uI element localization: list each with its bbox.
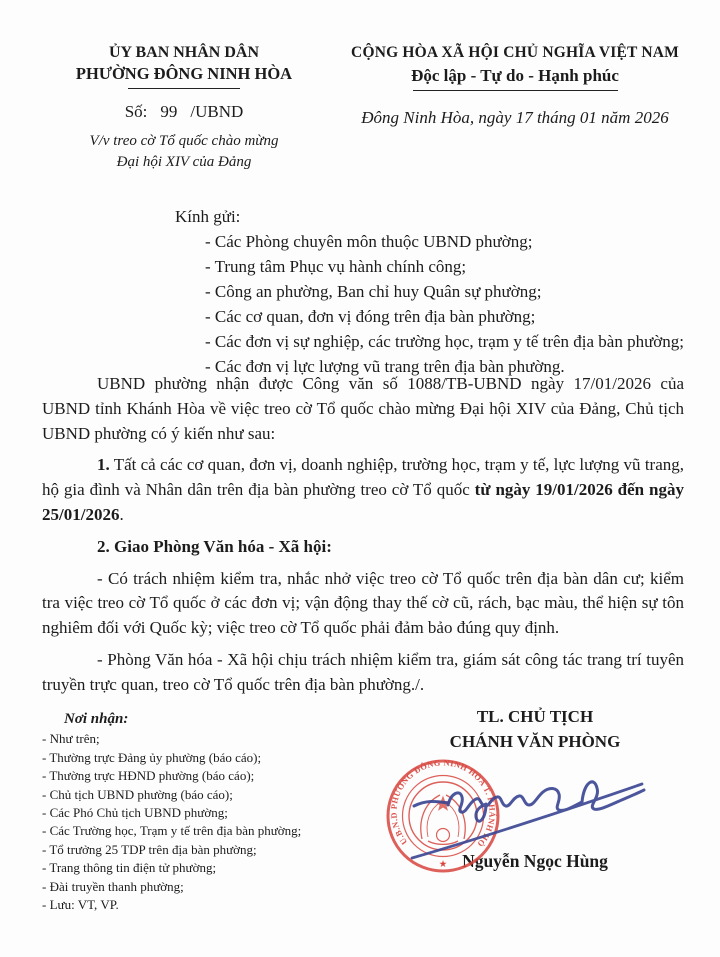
cc-item: - Thường trực HĐND phường (báo cáo);	[42, 767, 372, 785]
recipient-item: - Các Phòng chuyên môn thuộc UBND phường…	[205, 229, 684, 254]
issuer-name-line2: PHƯỜNG ĐÔNG NINH HÒA	[28, 63, 340, 85]
place-date-line: Đông Ninh Hòa, ngày 17 tháng 01 năm 2026	[330, 108, 700, 128]
motto-line: Độc lập - Tự do - Hạnh phúc	[330, 64, 700, 87]
document-number-suffix: /UBND	[190, 102, 243, 121]
cc-item: - Như trên;	[42, 730, 372, 748]
cc-item: - Đài truyền thanh phường;	[42, 878, 372, 896]
document-number-label: Số:	[125, 102, 148, 121]
recipient-item: - Trung tâm Phục vụ hành chính công;	[205, 254, 684, 279]
cc-item: - Chủ tịch UBND phường (báo cáo);	[42, 786, 372, 804]
issuer-name-line1: ỦY BAN NHÂN DÂN	[28, 42, 340, 63]
national-header-block: CỘNG HÒA XÃ HỘI CHỦ NGHĨA VIỆT NAM Độc l…	[330, 42, 700, 128]
directive-1-number: 1.	[97, 455, 110, 474]
subject-line2: Đại hội XIV của Đảng	[28, 152, 340, 173]
cc-item: - Các Phó Chủ tịch UBND phường;	[42, 804, 372, 822]
cc-item: - Các Trường học, Trạm y tế trên địa bàn…	[42, 822, 372, 840]
issuer-block: ỦY BAN NHÂN DÂN PHƯỜNG ĐÔNG NINH HÒA Số:…	[28, 42, 340, 173]
recipients-list: - Các Phòng chuyên môn thuộc UBND phường…	[205, 229, 684, 379]
directive-2a: - Có trách nhiệm kiểm tra, nhắc nhở việc…	[42, 567, 684, 641]
document-number-value: 99	[160, 102, 177, 121]
directive-2-heading: 2. Giao Phòng Văn hóa - Xã hội:	[42, 535, 684, 560]
paragraph-opening: UBND phường nhận được Công văn số 1088/T…	[42, 372, 684, 446]
recipients-label: Kính gửi:	[175, 204, 684, 229]
subject-line1: V/v treo cờ Tổ quốc chào mừng	[28, 131, 340, 152]
cc-item: - Lưu: VT, VP.	[42, 896, 372, 914]
recipients-block: Kính gửi: - Các Phòng chuyên môn thuộc U…	[175, 204, 684, 379]
recipient-item: - Các cơ quan, đơn vị đóng trên địa bàn …	[205, 304, 684, 329]
official-document-page: ỦY BAN NHÂN DÂN PHƯỜNG ĐÔNG NINH HÒA Số:…	[0, 0, 720, 957]
cc-list: - Như trên; - Thường trực Đảng ủy phường…	[42, 730, 372, 914]
directive-2b: - Phòng Văn hóa - Xã hội chịu trách nhiệ…	[42, 648, 684, 698]
issuer-underline	[128, 88, 240, 89]
recipient-item: - Các đơn vị sự nghiệp, các trường học, …	[205, 329, 684, 354]
motto-underline	[413, 90, 618, 91]
national-name-line: CỘNG HÒA XÃ HỘI CHỦ NGHĨA VIỆT NAM	[330, 42, 700, 63]
cc-item: - Thường trực Đảng ủy phường (báo cáo);	[42, 749, 372, 767]
directive-1-period: .	[119, 505, 123, 524]
signer-title-line1: TL. CHỦ TỊCH	[370, 704, 700, 729]
document-body: UBND phường nhận được Công văn số 1088/T…	[42, 372, 684, 698]
cc-item: - Trang thông tin điện tử phường;	[42, 859, 372, 877]
handwritten-signature	[398, 740, 650, 865]
cc-block: Nơi nhận: - Như trên; - Thường trực Đảng…	[42, 710, 372, 914]
directive-1: 1. Tất cả các cơ quan, đơn vị, doanh ngh…	[42, 453, 684, 527]
cc-item: - Tổ trưởng 25 TDP trên địa bàn phường;	[42, 841, 372, 859]
recipient-item: - Công an phường, Ban chỉ huy Quân sự ph…	[205, 279, 684, 304]
cc-label: Nơi nhận:	[64, 710, 372, 728]
document-subject: V/v treo cờ Tổ quốc chào mừng Đại hội XI…	[28, 131, 340, 173]
document-number: Số:99/UBND	[28, 102, 340, 122]
